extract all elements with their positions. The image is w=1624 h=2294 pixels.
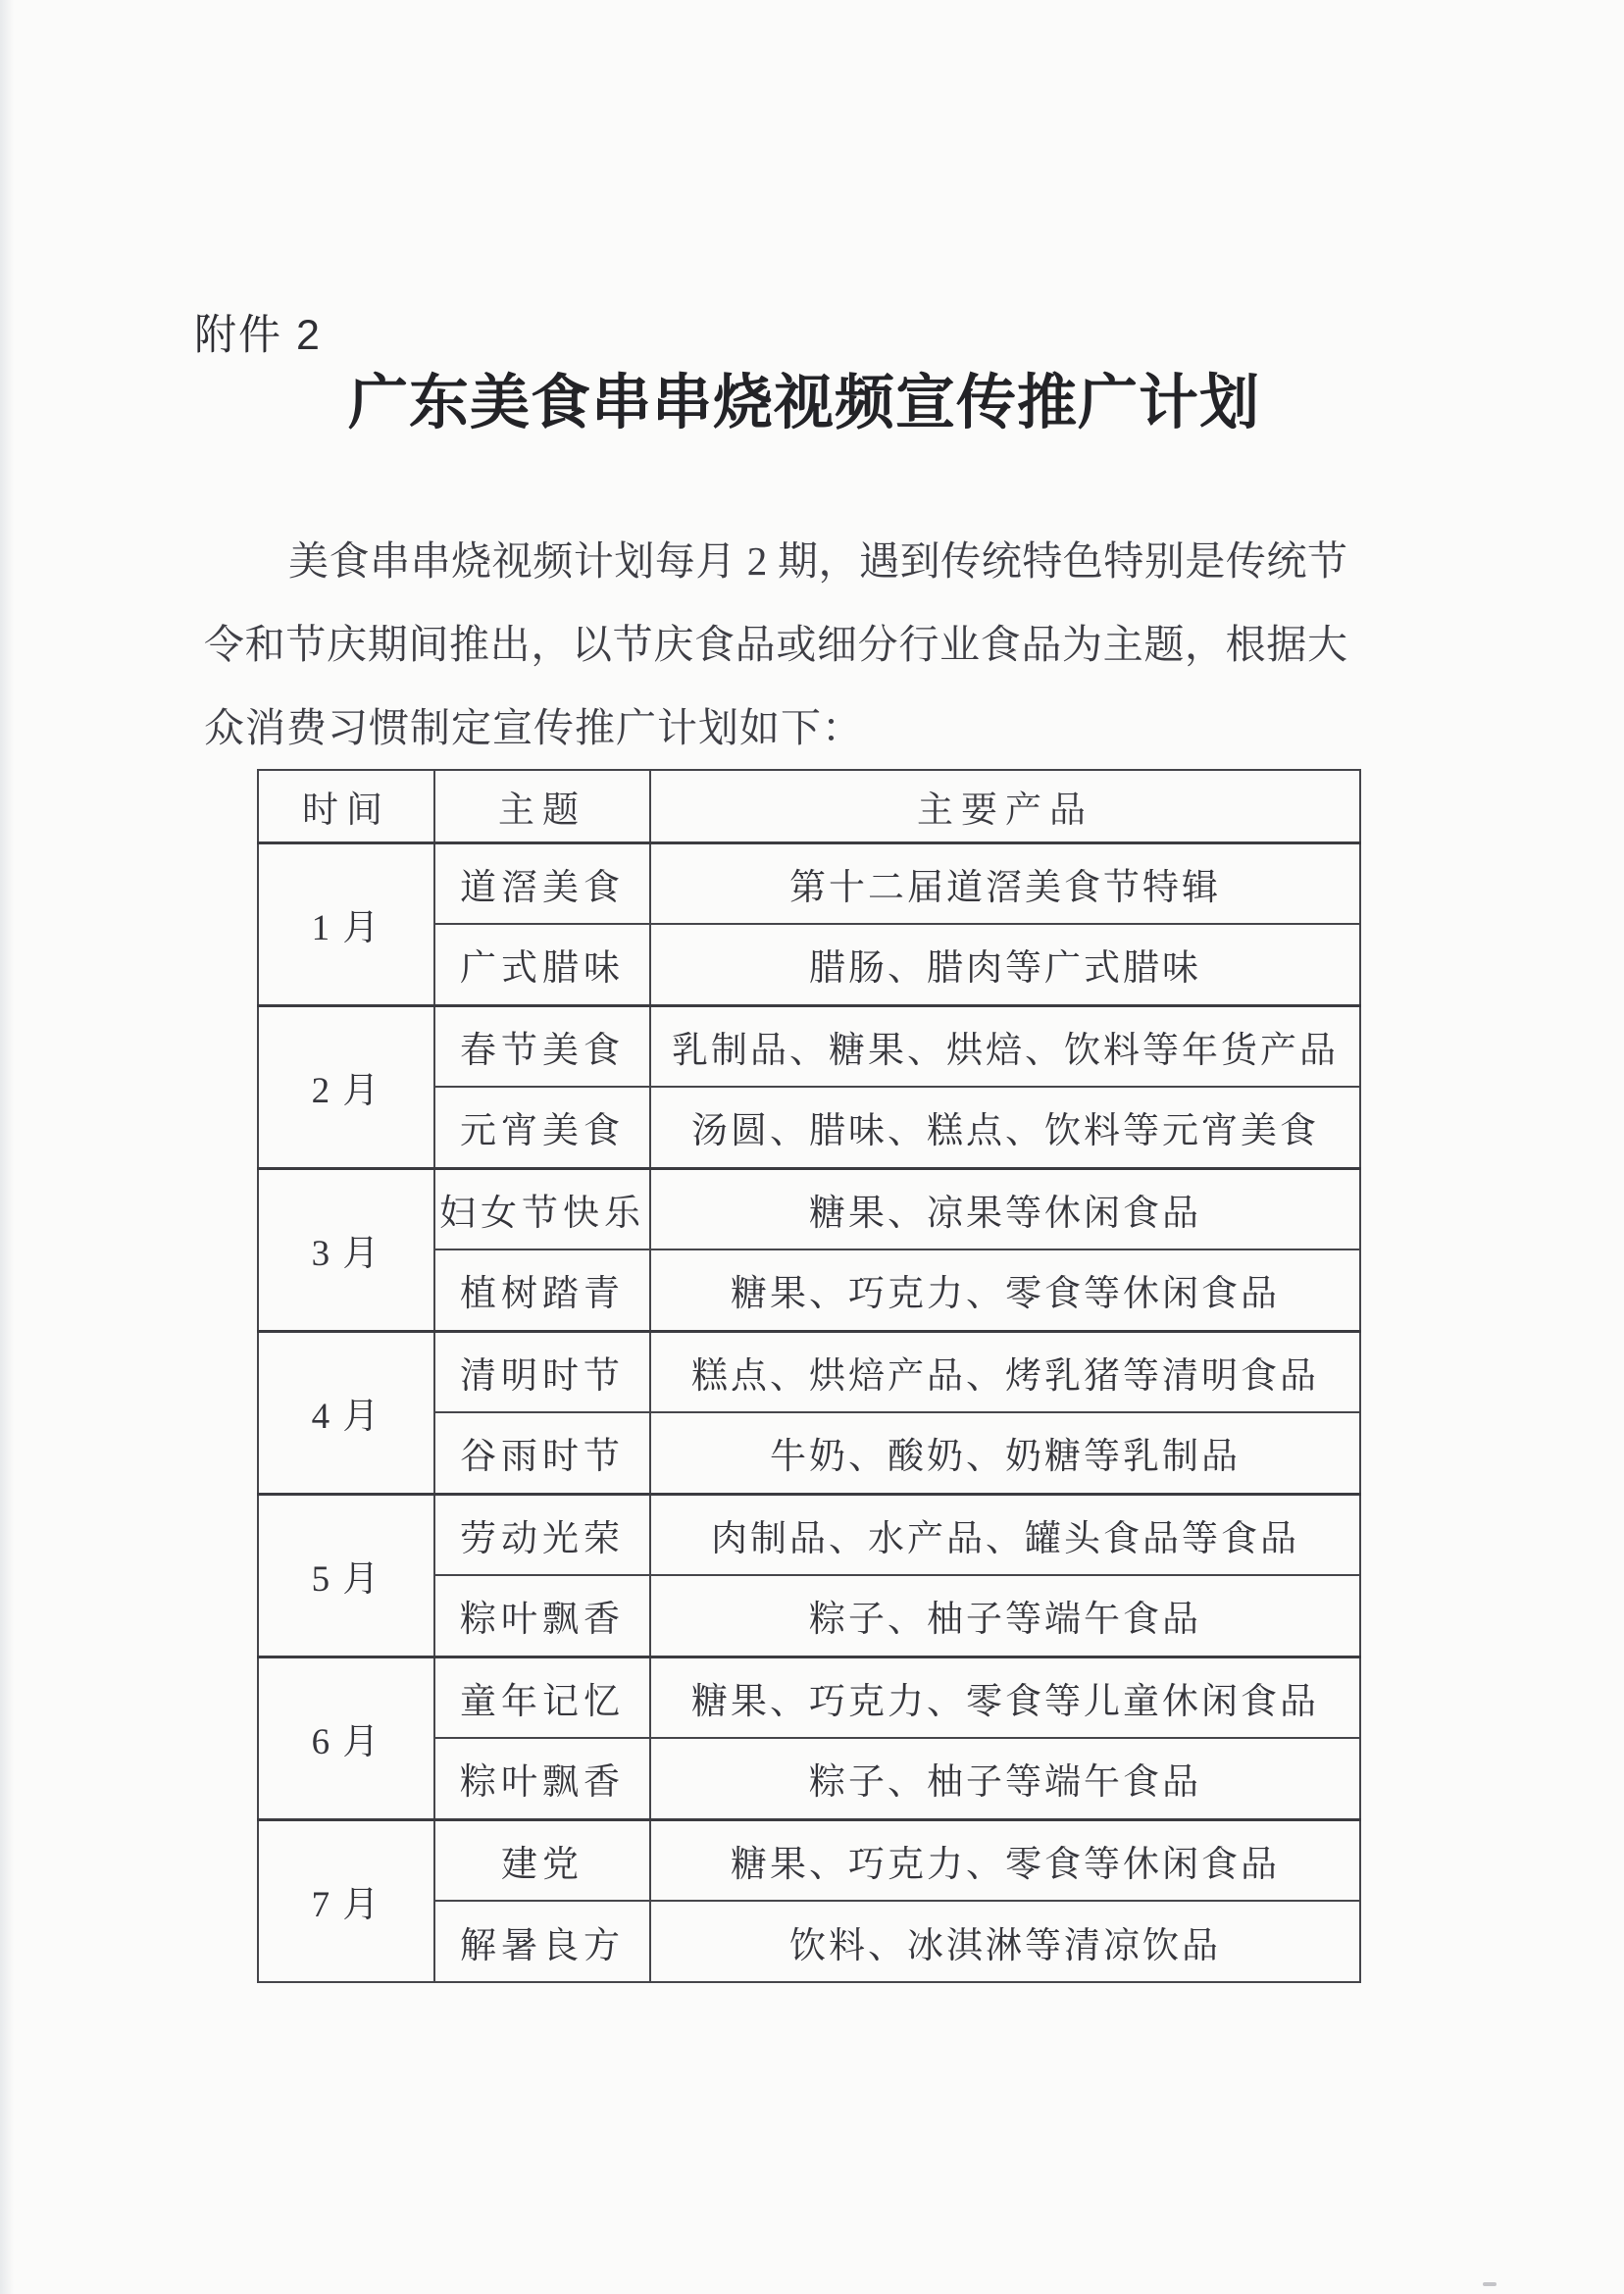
theme-cell: 广式腊味 (434, 924, 650, 1005)
month-cell: 5 月 (258, 1494, 434, 1657)
intro-line: 众消费习惯制定宣传推广计划如下： (204, 687, 1347, 770)
column-header-time: 时间 (258, 770, 434, 842)
table-header-row: 时间 主题 主要产品 (258, 770, 1360, 842)
products-cell: 粽子、柚子等端午食品 (650, 1575, 1360, 1657)
column-header-products: 主要产品 (650, 770, 1360, 842)
table-row: 2 月春节美食乳制品、糖果、烘焙、饮料等年货产品 (258, 1005, 1360, 1087)
column-header-theme: 主题 (434, 770, 650, 842)
products-cell: 饮料、冰淇淋等清凉饮品 (650, 1901, 1360, 1982)
month-cell: 2 月 (258, 1005, 434, 1168)
month-cell: 1 月 (258, 842, 434, 1005)
table-row: 3 月妇女节快乐糖果、凉果等休闲食品 (258, 1168, 1360, 1249)
theme-cell: 粽叶飘香 (434, 1738, 650, 1819)
products-cell: 粽子、柚子等端午食品 (650, 1738, 1360, 1819)
table-body: 1 月道滘美食第十二届道滘美食节特辑广式腊味腊肠、腊肉等广式腊味2 月春节美食乳… (258, 842, 1360, 1982)
promotion-plan-table: 时间 主题 主要产品 1 月道滘美食第十二届道滘美食节特辑广式腊味腊肠、腊肉等广… (257, 769, 1361, 1983)
products-cell: 糖果、凉果等休闲食品 (650, 1168, 1360, 1249)
theme-cell: 粽叶飘香 (434, 1575, 650, 1657)
table-row: 6 月童年记忆糖果、巧克力、零食等儿童休闲食品 (258, 1657, 1360, 1738)
theme-cell: 元宵美食 (434, 1087, 650, 1168)
scan-artifact-speck (1483, 2282, 1497, 2286)
table-row: 1 月道滘美食第十二届道滘美食节特辑 (258, 842, 1360, 924)
products-cell: 牛奶、酸奶、奶糖等乳制品 (650, 1412, 1360, 1494)
products-cell: 糖果、巧克力、零食等儿童休闲食品 (650, 1657, 1360, 1738)
theme-cell: 春节美食 (434, 1005, 650, 1087)
products-cell: 肉制品、水产品、罐头食品等食品 (650, 1494, 1360, 1575)
month-cell: 3 月 (258, 1168, 434, 1331)
theme-cell: 植树踏青 (434, 1249, 650, 1331)
theme-cell: 童年记忆 (434, 1657, 650, 1738)
products-cell: 腊肠、腊肉等广式腊味 (650, 924, 1360, 1005)
theme-cell: 谷雨时节 (434, 1412, 650, 1494)
intro-paragraph: 美食串串烧视频计划每月 2 期，遇到传统特色特别是传统节 令和节庆期间推出，以节… (204, 520, 1347, 770)
table-row: 4 月清明时节糕点、烘焙产品、烤乳猪等清明食品 (258, 1331, 1360, 1412)
table-row: 7 月建党糖果、巧克力、零食等休闲食品 (258, 1819, 1360, 1901)
theme-cell: 劳动光荣 (434, 1494, 650, 1575)
products-cell: 乳制品、糖果、烘焙、饮料等年货产品 (650, 1005, 1360, 1087)
theme-cell: 解暑良方 (434, 1901, 650, 1982)
month-cell: 6 月 (258, 1657, 434, 1819)
scan-edge-shadow (0, 0, 14, 2294)
scanned-document-page: 附件 2 广东美食串串烧视频宣传推广计划 美食串串烧视频计划每月 2 期，遇到传… (0, 0, 1624, 2294)
products-cell: 糖果、巧克力、零食等休闲食品 (650, 1249, 1360, 1331)
products-cell: 糕点、烘焙产品、烤乳猪等清明食品 (650, 1331, 1360, 1412)
theme-cell: 清明时节 (434, 1331, 650, 1412)
table-row: 5 月劳动光荣肉制品、水产品、罐头食品等食品 (258, 1494, 1360, 1575)
page-title: 广东美食串串烧视频宣传推广计划 (108, 355, 1500, 440)
theme-cell: 妇女节快乐 (434, 1168, 650, 1249)
products-cell: 糖果、巧克力、零食等休闲食品 (650, 1819, 1360, 1901)
products-cell: 汤圆、腊味、糕点、饮料等元宵美食 (650, 1087, 1360, 1168)
theme-cell: 道滘美食 (434, 842, 650, 924)
month-cell: 4 月 (258, 1331, 434, 1494)
intro-line: 令和节庆期间推出，以节庆食品或细分行业食品为主题，根据大 (204, 603, 1347, 687)
products-cell: 第十二届道滘美食节特辑 (650, 842, 1360, 924)
intro-line: 美食串串烧视频计划每月 2 期，遇到传统特色特别是传统节 (204, 520, 1347, 603)
month-cell: 7 月 (258, 1819, 434, 1982)
theme-cell: 建党 (434, 1819, 650, 1901)
attachment-label: 附件 2 (194, 302, 322, 362)
